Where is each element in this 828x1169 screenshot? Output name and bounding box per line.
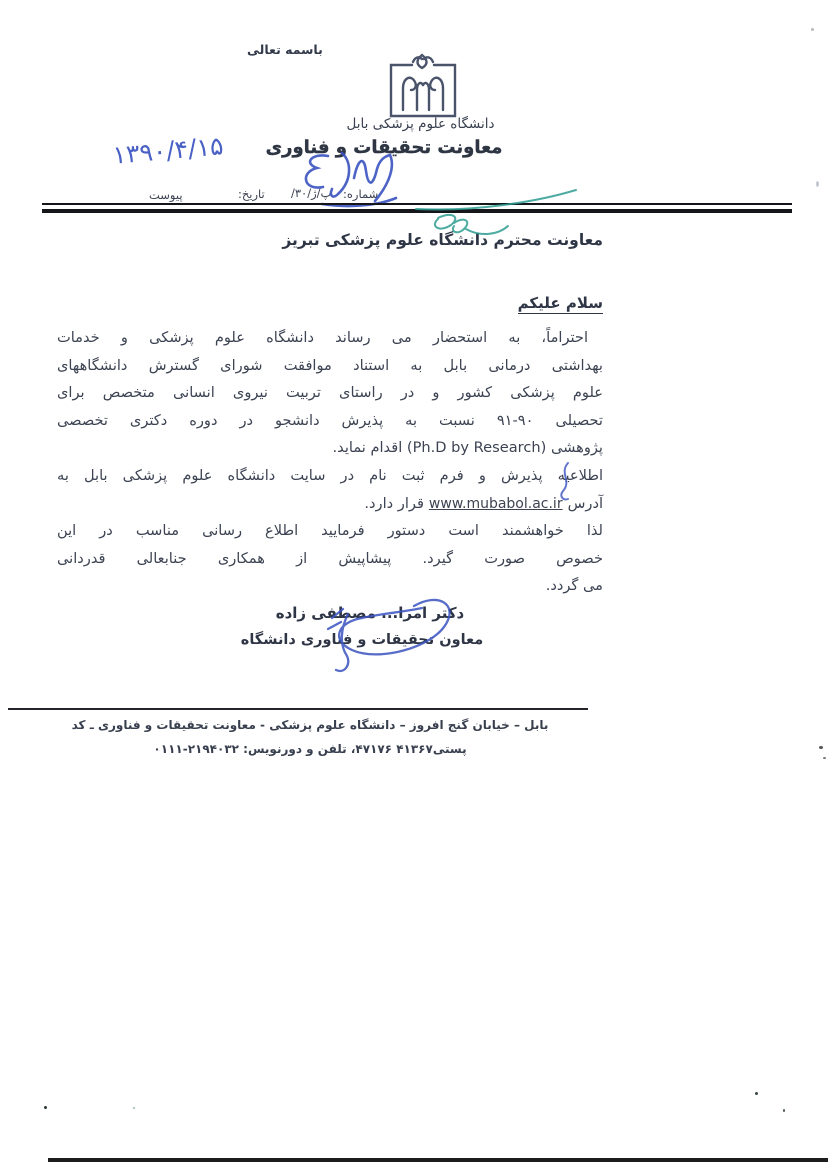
footer-address-line: بابل – خیابان گنج افروز – دانشگاه علوم پ…	[55, 718, 565, 732]
body-line: تحصیلی ۹۰-۹۱ نسبت به پذیرش دانشجو در دور…	[57, 407, 603, 435]
scan-edge-artifact	[48, 1158, 828, 1162]
attachment-field-label: پیوست	[149, 188, 183, 202]
body-line: علوم پزشکی کشور و در راستای تربیت نیروی …	[57, 379, 603, 407]
scan-speck	[811, 28, 814, 31]
footer-divider-rule	[8, 708, 588, 710]
body-line: خصوص صورت گیرد. پیشاپیش از همکاری جنابعا…	[57, 545, 603, 573]
scan-speck	[133, 1107, 135, 1109]
salutation-text: سلام علیکم	[518, 294, 603, 314]
body-line: احتراماً، به استحضار می رساند دانشگاه عل…	[57, 324, 603, 352]
body-line-with-url: آدرسwww.mubabol.ac.irقرار دارد.	[57, 490, 603, 518]
scan-speck	[44, 1106, 47, 1109]
blue-pen-mark	[554, 461, 578, 503]
bismillah-text: باسمه تعالی	[247, 42, 323, 57]
scan-speck	[755, 1092, 758, 1095]
body-line: پژوهشی (Ph.D by Research) اقدام نماید.	[57, 434, 603, 462]
blue-pen-mark	[554, 461, 578, 507]
handwritten-date: ۱۳۹۰/۴/۱۵	[87, 129, 249, 172]
body-line: بهداشتی درمانی بابل به استناد موافقت شور…	[57, 352, 603, 380]
body-line: اطلاعیه پذیرش و فرم ثبت نام در سایت دانش…	[57, 462, 603, 490]
scanned-letter-page: { "doc": { "bismillah": "باسمه تعالی", "…	[0, 0, 828, 1169]
handwritten-teal-scribble	[408, 182, 580, 250]
date-field-label: تاریخ:	[238, 187, 265, 201]
handwritten-teal-scribble	[408, 182, 580, 246]
scan-speck	[819, 746, 823, 749]
letter-body: احتراماً، به استحضار می رساند دانشگاه عل…	[57, 324, 603, 600]
scan-speck	[783, 1109, 785, 1112]
university-logo-icon	[386, 52, 460, 120]
body-line: لذا خواهشمند است دستور فرمایید اطلاع رسا…	[57, 517, 603, 545]
salutation: سلام علیکم	[57, 294, 603, 312]
signature-scribble	[316, 582, 464, 690]
footer-contact-line: پستی۴۱۳۶۷ ۴۷۱۷۶، تلفن و دورنویس: ۲۱۹۴۰۳۲…	[55, 742, 565, 756]
website-url: www.mubabol.ac.ir	[429, 496, 563, 512]
url-suffix-text: قرار دارد.	[364, 495, 424, 512]
scan-speck	[823, 757, 826, 759]
signature-scribble	[316, 582, 464, 694]
university-logo-icon	[386, 52, 460, 120]
university-name: دانشگاه علوم پزشکی بابل	[318, 116, 523, 132]
scan-speck	[816, 181, 819, 187]
